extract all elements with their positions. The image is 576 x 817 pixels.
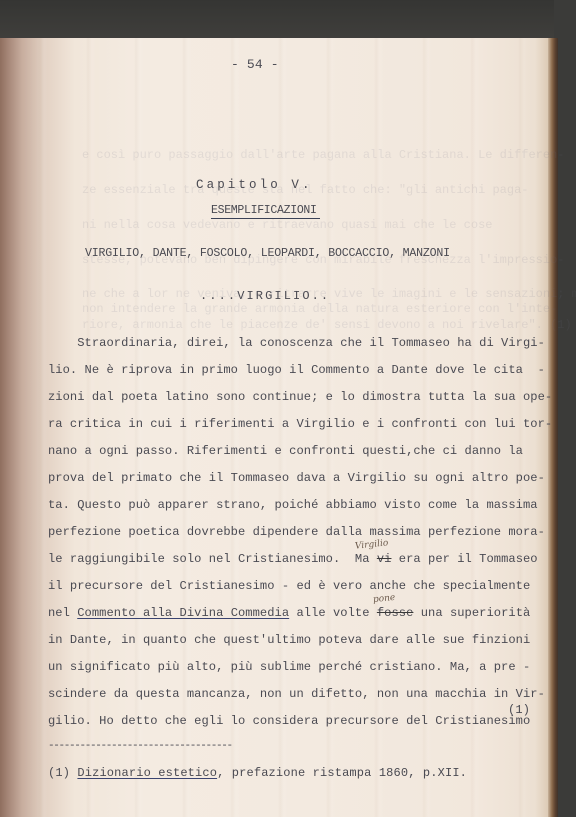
body-line: il precursore del Cristianesimo - ed è v… (48, 579, 530, 593)
struck-word: vi (377, 552, 392, 566)
body-line: lio. Ne è riprova in primo luogo il Comm… (48, 363, 545, 377)
bleed-through-line: ni nella cosa vedevano e ritraevano quas… (82, 218, 492, 232)
line-text: alle volte (289, 606, 377, 620)
body-line: prova del primato che il Tommaseo dava a… (48, 471, 545, 485)
body-line: ta. Questo può apparer strano, poiché ab… (48, 498, 538, 512)
body-line: nano a ogni passo. Riferimenti e confron… (48, 444, 523, 458)
chapter-title: Capitolo V. (196, 178, 313, 192)
body-line: in Dante, in quanto che quest'ultimo pot… (48, 633, 530, 647)
footnote-title: Dizionario estetico (77, 766, 217, 780)
footnote-separator: ----------------------------------- (48, 740, 232, 752)
footnote-marker: (1) (508, 703, 530, 717)
line-text: le raggiungibile solo nel Cristianesimo.… (48, 552, 377, 566)
body-line: gilio. Ho detto che egli lo considera pr… (48, 714, 530, 728)
body-line: zioni dal poeta latino sono continue; e … (48, 390, 552, 404)
body-line: Straordinaria, direi, la conoscenza che … (48, 336, 545, 350)
body-line: ra critica in cui i riferimenti a Virgil… (48, 417, 552, 431)
footnote-number: (1) (48, 766, 77, 780)
bleed-through-line: e così puro passaggio dall'arte pagana a… (82, 148, 564, 162)
struck-word: fosse (377, 606, 414, 620)
page-number: - 54 - (231, 57, 279, 72)
line-text: era per il Tommaseo (391, 552, 537, 566)
authors-line: VIRGILIO, DANTE, FOSCOLO, LEOPARDI, BOCC… (85, 247, 450, 260)
section-title: ESEMPLIFICAZIONI (211, 204, 320, 219)
body-line-corrected: le raggiungibile solo nel Cristianesimo.… (48, 552, 538, 566)
line-text: nel (48, 606, 77, 620)
footnote-text: , prefazione ristampa 1860, p.XII. (217, 766, 467, 780)
subheading-virgilio: ....VIRGILIO.. (200, 289, 330, 303)
body-line: un significato più alto, più sublime per… (48, 660, 530, 674)
body-line: scindere da questa mancanza, non un dife… (48, 687, 545, 701)
footnote: (1) Dizionario estetico, prefazione rist… (48, 766, 467, 780)
underlined-title: Commento alla Divina Commedia (77, 606, 289, 620)
scan-background-top (0, 0, 576, 40)
bleed-through-line: non intendere la grande armonia della na… (82, 302, 557, 316)
body-line-corrected: nel Commento alla Divina Commedia alle v… (48, 606, 530, 620)
body-line: perfezione poetica dovrebbe dipendere da… (48, 525, 545, 539)
bleed-through-line: riore, armonia che le piacenze de' sensi… (82, 318, 572, 332)
line-text: una superiorità (413, 606, 530, 620)
